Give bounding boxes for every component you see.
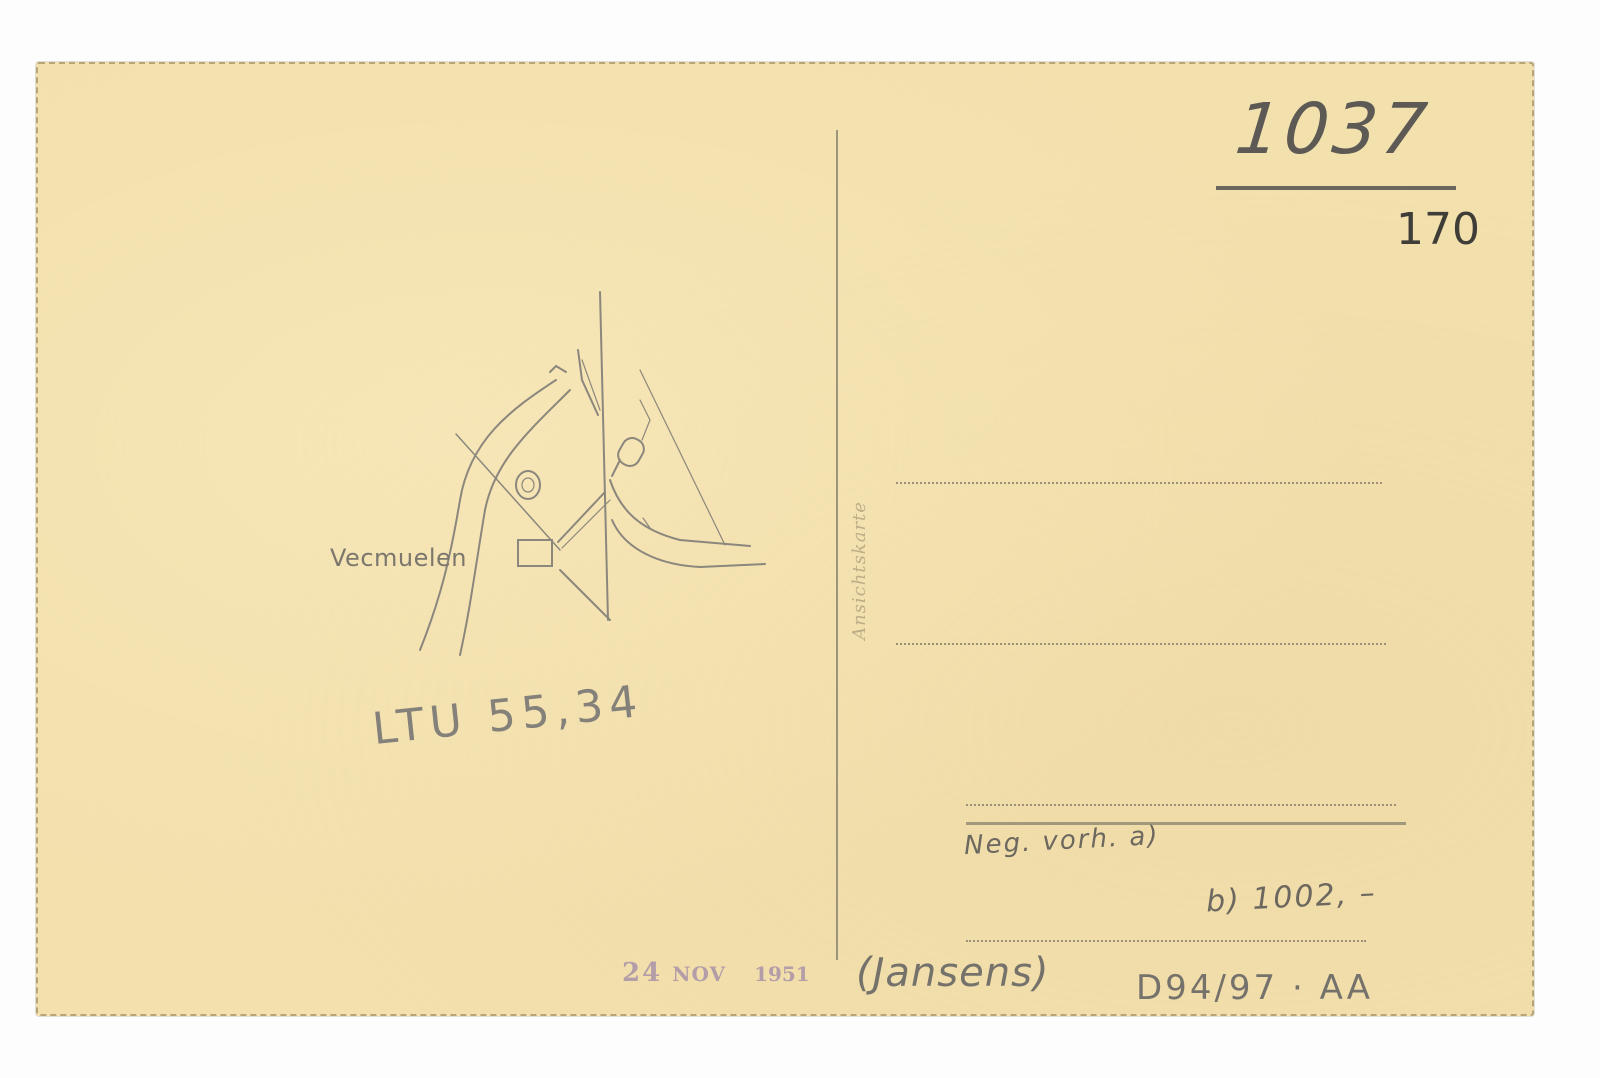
publisher-mark: Ansichtskarte — [849, 501, 870, 640]
inventory-sub-number: 170 — [1396, 204, 1480, 255]
postcard-back — [36, 62, 1534, 1016]
center-divider — [836, 130, 838, 960]
address-line-4 — [966, 940, 1366, 942]
bottom-code: D94/97 · AA — [1136, 968, 1373, 1008]
stamp-day: 24 — [622, 958, 662, 988]
address-line-3-underline — [966, 822, 1406, 825]
address-line-1 — [896, 482, 1382, 484]
date-stamp: 24NOV1951 — [622, 958, 810, 988]
stamp-year: 1951 — [754, 962, 810, 986]
sketch-place-label: Vecmuelen — [330, 544, 467, 572]
address-line-3 — [966, 804, 1396, 806]
address-line-2 — [896, 643, 1386, 645]
fraction-line — [1216, 186, 1456, 190]
stamp-month: NOV — [672, 962, 726, 986]
inventory-number: 1037 — [1232, 88, 1435, 170]
bottom-name-note: (Jansens) — [856, 950, 1050, 996]
pencil-sketch-map — [320, 280, 780, 660]
